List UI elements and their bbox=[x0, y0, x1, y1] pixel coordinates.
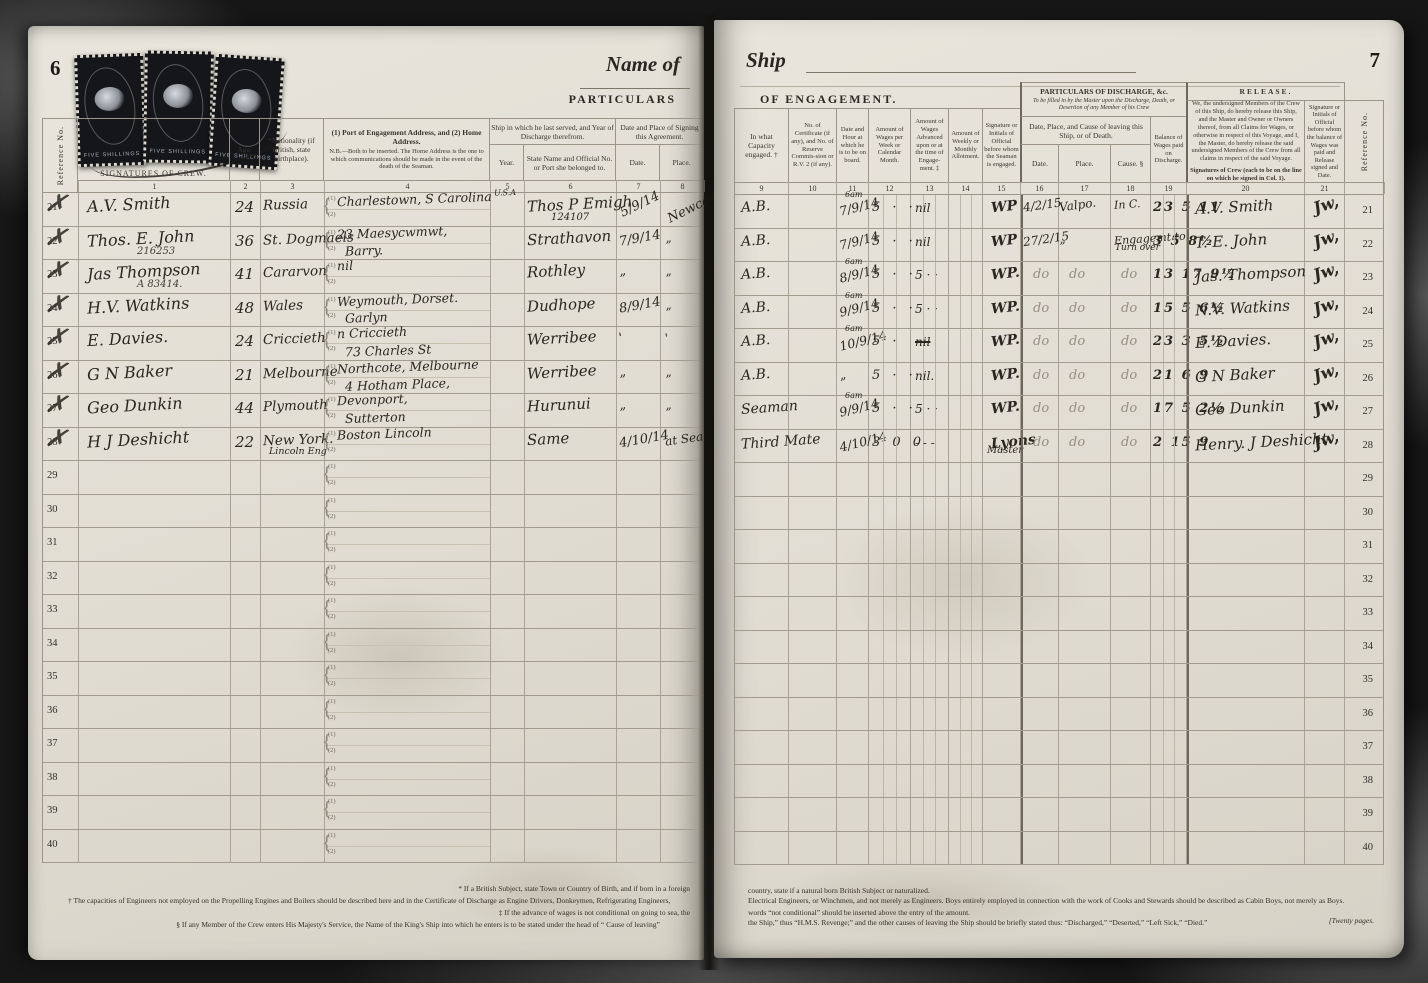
reference-no-cell: 34 bbox=[43, 629, 79, 662]
year-cell bbox=[491, 662, 525, 695]
certificate-cell bbox=[789, 296, 837, 329]
year-cell bbox=[491, 495, 525, 528]
engage-official-cell bbox=[983, 530, 1021, 563]
leaving-group-label: Date, Place, and Cause of leaving this S… bbox=[1022, 121, 1150, 141]
engage-official-cell bbox=[983, 463, 1021, 496]
advanced-value: 5 · · bbox=[915, 268, 938, 282]
last-ship-cell bbox=[525, 528, 617, 561]
address-line-1: {(1) bbox=[325, 495, 490, 512]
advanced-cell bbox=[911, 564, 949, 597]
signature-cell bbox=[79, 461, 231, 494]
reference-no: 30 bbox=[47, 504, 58, 515]
address-value: 23 Maesycwmwt, bbox=[337, 223, 448, 242]
address-cell: {(1)Devonport,(2)Sutterton bbox=[325, 394, 491, 427]
certificate-cell bbox=[789, 463, 837, 496]
nationality-value: Russia bbox=[263, 196, 309, 214]
nationality-cell bbox=[261, 696, 325, 729]
reference-no: 37 bbox=[1363, 741, 1374, 752]
release-official-cell bbox=[1305, 698, 1345, 731]
address-line-1: {(1) bbox=[325, 662, 490, 679]
crew-row-right: A.B.6am7/9/145 · ·nilWP4/2/15Valpo.In C.… bbox=[735, 195, 1383, 229]
discharge-cause-value: do bbox=[1121, 368, 1137, 383]
signing-date-cell bbox=[617, 595, 661, 628]
crew-signature: H J Deshicht bbox=[87, 427, 190, 451]
age-value: 24 bbox=[235, 332, 254, 350]
right-reference-no-cell: 24 bbox=[1345, 296, 1385, 329]
certificate-number: A 83414. bbox=[137, 279, 182, 290]
right-reference-no-cell: 36 bbox=[1345, 698, 1385, 731]
discharge-date-value: do bbox=[1033, 368, 1049, 383]
engage-official-initials: WP. bbox=[990, 399, 1020, 418]
right-reference-no-cell: 34 bbox=[1345, 631, 1385, 664]
reference-no-cell: 30 bbox=[43, 495, 79, 528]
discharge-place-cell: do bbox=[1059, 329, 1111, 362]
address-line-1: {(1)23 Maesycwmwt, bbox=[325, 227, 490, 244]
engage-official-initials: WP. bbox=[990, 298, 1020, 317]
board-date-cell bbox=[837, 765, 869, 798]
engage-official-initials: WP. bbox=[990, 365, 1020, 384]
last-ship-name: Werribee bbox=[527, 361, 597, 383]
discharge-place-cell: „ bbox=[1059, 229, 1111, 262]
age-value: 21 bbox=[235, 366, 254, 384]
line-1-marker: (1) bbox=[328, 262, 336, 269]
release-official-cell bbox=[1305, 530, 1345, 563]
discharge-place-value: do bbox=[1069, 267, 1085, 282]
empty-row-right: 36 bbox=[735, 698, 1383, 732]
certificate-cell bbox=[789, 698, 837, 731]
age-cell: 24 bbox=[231, 327, 261, 360]
date-hour-header-label: Date and Hour at which he is to be on bo… bbox=[837, 125, 868, 166]
place-header-label: Place. bbox=[671, 157, 691, 168]
capacity-cell: A.B. bbox=[735, 229, 789, 262]
crew-row-left: 22✗Thos. E. John21625336St. Dogmaels{(1)… bbox=[43, 227, 703, 261]
release-official-cell bbox=[1305, 832, 1345, 865]
empty-row-right: 37 bbox=[735, 731, 1383, 765]
particulars-table: Reference No. SIGNATURES OF CREW. Age. *… bbox=[42, 118, 704, 863]
age-cell: 41 bbox=[231, 260, 261, 293]
address-line-2: (2)Garlyn bbox=[325, 310, 490, 326]
discharge-date-cell bbox=[1021, 530, 1059, 563]
crew-row-left: 21✗A.V. Smith24Russia{(1)Charlestown, S … bbox=[43, 193, 703, 227]
signing-date-cell bbox=[617, 662, 661, 695]
discharge-date-cell: do bbox=[1021, 329, 1059, 362]
column-number: 12 bbox=[869, 182, 911, 194]
discharge-cause-cell: In C. bbox=[1111, 195, 1151, 228]
empty-row-left: 35{(1)(2) bbox=[43, 662, 703, 696]
certificate-cell bbox=[789, 430, 837, 463]
nationality-cell: New York.Lincoln Eng bbox=[261, 428, 325, 461]
reference-no: 37 bbox=[47, 738, 58, 749]
wages-cell: 5 · · bbox=[869, 363, 911, 396]
release-signature-cell bbox=[1187, 463, 1305, 496]
release-signature: A.V. Smith bbox=[1195, 196, 1274, 218]
engage-official-initials-2: Master bbox=[987, 445, 1023, 456]
right-reference-no-cell: 39 bbox=[1345, 798, 1385, 831]
advanced-cell: nil bbox=[911, 329, 949, 362]
release-signature: Geo Dunkin bbox=[1195, 397, 1285, 420]
discharge-place-value: do bbox=[1069, 435, 1085, 450]
advanced-cell: 5 · · bbox=[911, 396, 949, 429]
allotment-cell bbox=[949, 396, 983, 429]
signature-cell bbox=[79, 595, 231, 628]
wages-cell: 5 · · bbox=[869, 262, 911, 295]
allotment-cell bbox=[949, 631, 983, 664]
release-signature: Jas. Thompson bbox=[1195, 262, 1307, 286]
engage-official-cell bbox=[983, 698, 1021, 731]
certificate-cell bbox=[789, 329, 837, 362]
discharge-place-cell bbox=[1059, 497, 1111, 530]
release-signature-cell: Henry. J Deshicht bbox=[1187, 430, 1305, 463]
signature-cell: H J Deshicht bbox=[79, 428, 231, 461]
reference-no-cell: 39 bbox=[43, 796, 79, 829]
line-2-marker: (2) bbox=[328, 613, 336, 620]
balance-cell bbox=[1151, 798, 1187, 831]
reference-no: 29 bbox=[47, 470, 58, 481]
last-ship-cell: Thos P Emigh124107 bbox=[525, 193, 617, 226]
discharge-cause-cell bbox=[1111, 597, 1151, 630]
crew-row-right: A.B.7/9/145 · ·nilWP27/2/15„Engagemt toT… bbox=[735, 229, 1383, 263]
release-official-cell: Jw, bbox=[1305, 363, 1345, 396]
engage-official-cell: WP bbox=[983, 195, 1021, 228]
reference-no: 36 bbox=[47, 705, 58, 716]
capacity-cell bbox=[735, 631, 789, 664]
release-official-cell bbox=[1305, 564, 1345, 597]
address-line-1: {(1) bbox=[325, 763, 490, 780]
nationality-cell: Cararvon bbox=[261, 260, 325, 293]
empty-row-left: 34{(1)(2) bbox=[43, 629, 703, 663]
balance-cell: 21 6 9 bbox=[1151, 363, 1187, 396]
engage-official-initials: WP. bbox=[990, 265, 1020, 284]
signature-cell bbox=[79, 830, 231, 863]
column-number: 6 bbox=[525, 180, 617, 192]
reference-no-cell: 28✗ bbox=[43, 428, 79, 461]
signature-cell: Geo Dunkin bbox=[79, 394, 231, 427]
column-number: 15 bbox=[983, 182, 1021, 194]
age-cell bbox=[231, 662, 261, 695]
line-2-marker: (2) bbox=[328, 513, 336, 520]
address-cell: {(1)(2) bbox=[325, 595, 491, 628]
signing-place: „ bbox=[664, 398, 672, 413]
discharge-place-cell bbox=[1059, 463, 1111, 496]
advanced-cell: nil bbox=[911, 229, 949, 262]
right-reference-no-cell: 32 bbox=[1345, 564, 1385, 597]
empty-row-left: 38{(1)(2) bbox=[43, 763, 703, 797]
advanced-cell bbox=[911, 731, 949, 764]
line-2-marker: (2) bbox=[328, 814, 336, 821]
board-date-cell bbox=[837, 664, 869, 697]
discharge-place-cell bbox=[1059, 597, 1111, 630]
release-title: RELEASE. bbox=[1239, 86, 1294, 97]
address-line-1: {(1) bbox=[325, 562, 490, 579]
signing-group-header: Date and Place of Signing this Agreement… bbox=[615, 118, 704, 145]
advanced-cell: nil. bbox=[911, 363, 949, 396]
discharge-date-cell bbox=[1021, 564, 1059, 597]
signature-cell: E. Davies. bbox=[79, 327, 231, 360]
line-2-marker: (2) bbox=[328, 580, 336, 587]
advanced-cell bbox=[911, 765, 949, 798]
release-signature-cell bbox=[1187, 497, 1305, 530]
discharge-date-cell: 27/2/15 bbox=[1021, 229, 1059, 262]
discharge-place-value: „ bbox=[1058, 231, 1066, 246]
line-1-marker: (1) bbox=[328, 832, 336, 839]
wages-cell bbox=[869, 597, 911, 630]
wages-cell bbox=[869, 463, 911, 496]
allotment-cell bbox=[949, 430, 983, 463]
footnote-dagger: † The capacities of Engineers not employ… bbox=[68, 896, 693, 907]
crew-x-mark: ✗ bbox=[43, 221, 69, 254]
empty-row-right: 39 bbox=[735, 798, 1383, 832]
line-2-marker: (2) bbox=[328, 647, 336, 654]
empty-row-left: 29{(1)(2) bbox=[43, 461, 703, 495]
footnote-section: § If any Member of the Crew enters His M… bbox=[138, 920, 698, 931]
discharge-date-value: do bbox=[1033, 401, 1049, 416]
release-official-header: Signature or Initials of Official before… bbox=[1304, 100, 1345, 183]
signing-date-cell: ' bbox=[617, 327, 661, 360]
line-2-marker: (2) bbox=[328, 747, 336, 754]
release-signature-cell bbox=[1187, 832, 1305, 865]
capacity-cell bbox=[735, 664, 789, 697]
discharge-cause-cell bbox=[1111, 631, 1151, 664]
balance-cell: 23 5 11 bbox=[1151, 195, 1187, 228]
capacity-value: A.B. bbox=[740, 332, 770, 350]
crew-row-left: 26✗G N Baker21Melbourne{(1)Northcote, Me… bbox=[43, 361, 703, 395]
engage-official-cell bbox=[983, 798, 1021, 831]
capacity-cell bbox=[735, 564, 789, 597]
wages-cell bbox=[869, 765, 911, 798]
board-date-cell bbox=[837, 631, 869, 664]
year-cell bbox=[491, 562, 525, 595]
last-ship-cell bbox=[525, 595, 617, 628]
empty-row-left: 39{(1)(2) bbox=[43, 796, 703, 830]
signing-date-cell bbox=[617, 696, 661, 729]
discharge-cause-cell: do bbox=[1111, 363, 1151, 396]
line-1-marker: (1) bbox=[328, 396, 336, 403]
column-number: 16 bbox=[1021, 182, 1059, 194]
release-signature: E. Davies. bbox=[1195, 330, 1272, 352]
allotment-cell bbox=[949, 329, 983, 362]
discharge-date-cell bbox=[1021, 631, 1059, 664]
crew-signature: Geo Dunkin bbox=[87, 394, 183, 418]
release-signature-cell: Geo Dunkin bbox=[1187, 396, 1305, 429]
engage-official-initials: WP. bbox=[990, 332, 1020, 351]
discharge-place-cell bbox=[1059, 798, 1111, 831]
advanced-cell: nil bbox=[911, 195, 949, 228]
signature-cell: Thos. E. John216253 bbox=[79, 227, 231, 260]
crew-row-left: 24✗H.V. Watkins48Wales{(1)Weymouth, Dors… bbox=[43, 294, 703, 328]
discharge-subtitle: To be filled in by the Master upon the D… bbox=[1022, 97, 1186, 113]
address-line-2: (2) bbox=[325, 209, 490, 225]
heading-rule bbox=[580, 88, 690, 89]
last-ship-cell bbox=[525, 662, 617, 695]
board-date-cell bbox=[837, 497, 869, 530]
reference-no-cell: 29 bbox=[43, 461, 79, 494]
discharge-date-cell bbox=[1021, 731, 1059, 764]
reference-no: 23 bbox=[1363, 272, 1374, 283]
allotment-cell bbox=[949, 195, 983, 228]
allotment-cell bbox=[949, 564, 983, 597]
wages-cell: 5 · · bbox=[869, 296, 911, 329]
age-value: 22 bbox=[235, 433, 254, 451]
right-reference-no-cell: 29 bbox=[1345, 463, 1385, 496]
address-line-1: {(1) bbox=[325, 629, 490, 646]
reference-no: 40 bbox=[47, 839, 58, 850]
reference-no: 35 bbox=[1363, 674, 1374, 685]
advanced-header: Amount of Wages Advanced upon or at the … bbox=[910, 108, 949, 183]
allotment-cell bbox=[949, 832, 983, 865]
crew-row-right: A.B.6am10/9/145 ·nilWP.dododo23 3 5½E. D… bbox=[735, 329, 1383, 363]
signing-group-label: Date and Place of Signing this Agreement… bbox=[616, 122, 703, 142]
capacity-cell bbox=[735, 597, 789, 630]
release-official-cell: Jw, bbox=[1305, 396, 1345, 429]
age-cell bbox=[231, 696, 261, 729]
release-official-cell: Jw, bbox=[1305, 430, 1345, 463]
address-line-2: (2) bbox=[325, 444, 490, 460]
age-cell bbox=[231, 830, 261, 863]
last-ship-name: Hurunui bbox=[527, 394, 592, 415]
address-cell: {(1)(2) bbox=[325, 562, 491, 595]
reference-no: 36 bbox=[1363, 708, 1374, 719]
discharge-place-cell: Valpo. bbox=[1059, 195, 1111, 228]
capacity-cell: Seaman bbox=[735, 396, 789, 429]
last-ship-cell: Dudhope bbox=[525, 294, 617, 327]
balance-cell bbox=[1151, 597, 1187, 630]
right-reference-no-cell: 37 bbox=[1345, 731, 1385, 764]
allotment-cell bbox=[949, 765, 983, 798]
line-1-marker: (1) bbox=[328, 463, 336, 470]
reference-no-cell: 36 bbox=[43, 696, 79, 729]
address-value: Garlyn bbox=[345, 309, 388, 325]
reference-no: 34 bbox=[1363, 641, 1374, 652]
release-official-initials: Jw, bbox=[1311, 292, 1341, 318]
allotment-cell bbox=[949, 463, 983, 496]
discharge-date-cell: do bbox=[1021, 262, 1059, 295]
engage-official-cell bbox=[983, 597, 1021, 630]
wages-cell bbox=[869, 664, 911, 697]
signature-cell bbox=[79, 729, 231, 762]
address-line-1: {(1) bbox=[325, 729, 490, 746]
address-cell: {(1)nil(2) bbox=[325, 260, 491, 293]
discharge-cause-value: do bbox=[1121, 435, 1137, 450]
discharge-cause-value: In C. bbox=[1114, 197, 1141, 212]
ship-name-header-label: State Name and Official No. or Port she … bbox=[524, 153, 615, 173]
reference-no-cell: 21✗ bbox=[43, 193, 79, 226]
signing-date-cell bbox=[617, 528, 661, 561]
line-1-marker: (1) bbox=[328, 329, 336, 336]
board-date-cell bbox=[837, 564, 869, 597]
year-cell bbox=[491, 294, 525, 327]
address-cell: {(1)(2) bbox=[325, 662, 491, 695]
nationality-cell: Plymouth bbox=[261, 394, 325, 427]
column-number: 14 bbox=[949, 182, 983, 194]
column-number: 18 bbox=[1111, 182, 1151, 194]
reference-no: 31 bbox=[1363, 540, 1374, 551]
engage-official-cell: LyonsMaster bbox=[983, 430, 1021, 463]
signing-date-cell bbox=[617, 495, 661, 528]
signing-date-cell bbox=[617, 461, 661, 494]
release-signature-cell: Jas. Thompson bbox=[1187, 262, 1305, 295]
address-cell: {(1)23 Maesycwmwt,(2)Barry. bbox=[325, 227, 491, 260]
left-table-header: Reference No. SIGNATURES OF CREW. Age. *… bbox=[42, 118, 704, 193]
address-cell: {(1)n Criccieth(2)73 Charles St bbox=[325, 327, 491, 360]
empty-row-right: 32 bbox=[735, 564, 1383, 598]
ship-name-line bbox=[806, 72, 1136, 73]
wages-cell bbox=[869, 731, 911, 764]
discharge-date-cell bbox=[1021, 798, 1059, 831]
nationality-cell bbox=[261, 629, 325, 662]
release-signature-cell bbox=[1187, 631, 1305, 664]
board-date-cell bbox=[837, 731, 869, 764]
release-official-initials: Jw, bbox=[1311, 359, 1341, 385]
last-ship-cell bbox=[525, 461, 617, 494]
line-1-marker: (1) bbox=[328, 664, 336, 671]
address-line-2: (2)Barry. bbox=[325, 243, 490, 259]
capacity-value: A.B. bbox=[740, 198, 770, 216]
right-reference-no-cell: 38 bbox=[1345, 765, 1385, 798]
engage-official-cell bbox=[983, 497, 1021, 530]
name-of-label: Name of bbox=[606, 52, 680, 77]
line-2-marker: (2) bbox=[328, 211, 336, 218]
address-line-2: (2) bbox=[325, 712, 490, 728]
discharge-place-value: do bbox=[1069, 401, 1085, 416]
capacity-cell: A.B. bbox=[735, 195, 789, 228]
last-ship-name: Rothley bbox=[527, 260, 586, 281]
address-value: Sutterton bbox=[345, 409, 406, 426]
discharge-cause-cell bbox=[1111, 798, 1151, 831]
engage-official-cell: WP. bbox=[983, 329, 1021, 362]
address-cell: {(1)Northcote, Melbourne(2)4 Hotham Plac… bbox=[325, 361, 491, 394]
reference-no: 32 bbox=[47, 571, 58, 582]
column-number: 17 bbox=[1059, 182, 1111, 194]
discharge-cause-cell bbox=[1111, 497, 1151, 530]
empty-row-left: 32{(1)(2) bbox=[43, 562, 703, 596]
signing-date-cell: „ bbox=[617, 260, 661, 293]
certificate-cell bbox=[789, 664, 837, 697]
allotment-header-label: Amount of Weekly or Monthly Allotment. bbox=[949, 129, 982, 162]
signature-cell bbox=[79, 696, 231, 729]
last-ship-name: Same bbox=[527, 428, 570, 448]
right-page: 7 Ship OF ENGAGEMENT. In what Capacity e… bbox=[714, 20, 1404, 958]
discharge-place-cell: do bbox=[1059, 430, 1111, 463]
leaving-group-header: Date, Place, and Cause of leaving this S… bbox=[1020, 116, 1151, 145]
age-cell: 44 bbox=[231, 394, 261, 427]
discharge-place-cell: do bbox=[1059, 363, 1111, 396]
nationality-value: Plymouth bbox=[263, 397, 328, 415]
allotment-header: Amount of Weekly or Monthly Allotment. bbox=[948, 108, 983, 183]
release-official-initials: Jw, bbox=[1311, 326, 1341, 352]
year-cell bbox=[491, 796, 525, 829]
discharge-date-cell: do bbox=[1021, 430, 1059, 463]
column-number: 3 bbox=[261, 180, 325, 192]
line-1-marker: (1) bbox=[328, 530, 336, 537]
discharge-cause-label: Cause. § bbox=[1117, 158, 1145, 169]
footnote-the-ship: the Ship,” thus “H.M.S. Revenge;” and th… bbox=[748, 918, 1348, 929]
advanced-cell bbox=[911, 530, 949, 563]
age-cell bbox=[231, 763, 261, 796]
signing-place: „ bbox=[664, 297, 672, 312]
line-1-marker: (1) bbox=[328, 698, 336, 705]
line-1-marker: (1) bbox=[328, 798, 336, 805]
right-reference-no-cell: 28 bbox=[1345, 430, 1385, 463]
nationality-cell bbox=[261, 796, 325, 829]
nationality-cell bbox=[261, 729, 325, 762]
signature-cell: G N Baker bbox=[79, 361, 231, 394]
line-1-marker: (1) bbox=[328, 229, 336, 236]
last-ship-number: 124107 bbox=[551, 212, 589, 223]
last-ship-cell bbox=[525, 495, 617, 528]
wages-value: 5 · bbox=[872, 334, 901, 349]
balance-cell: 17 5 2½ bbox=[1151, 396, 1187, 429]
age-cell bbox=[231, 796, 261, 829]
